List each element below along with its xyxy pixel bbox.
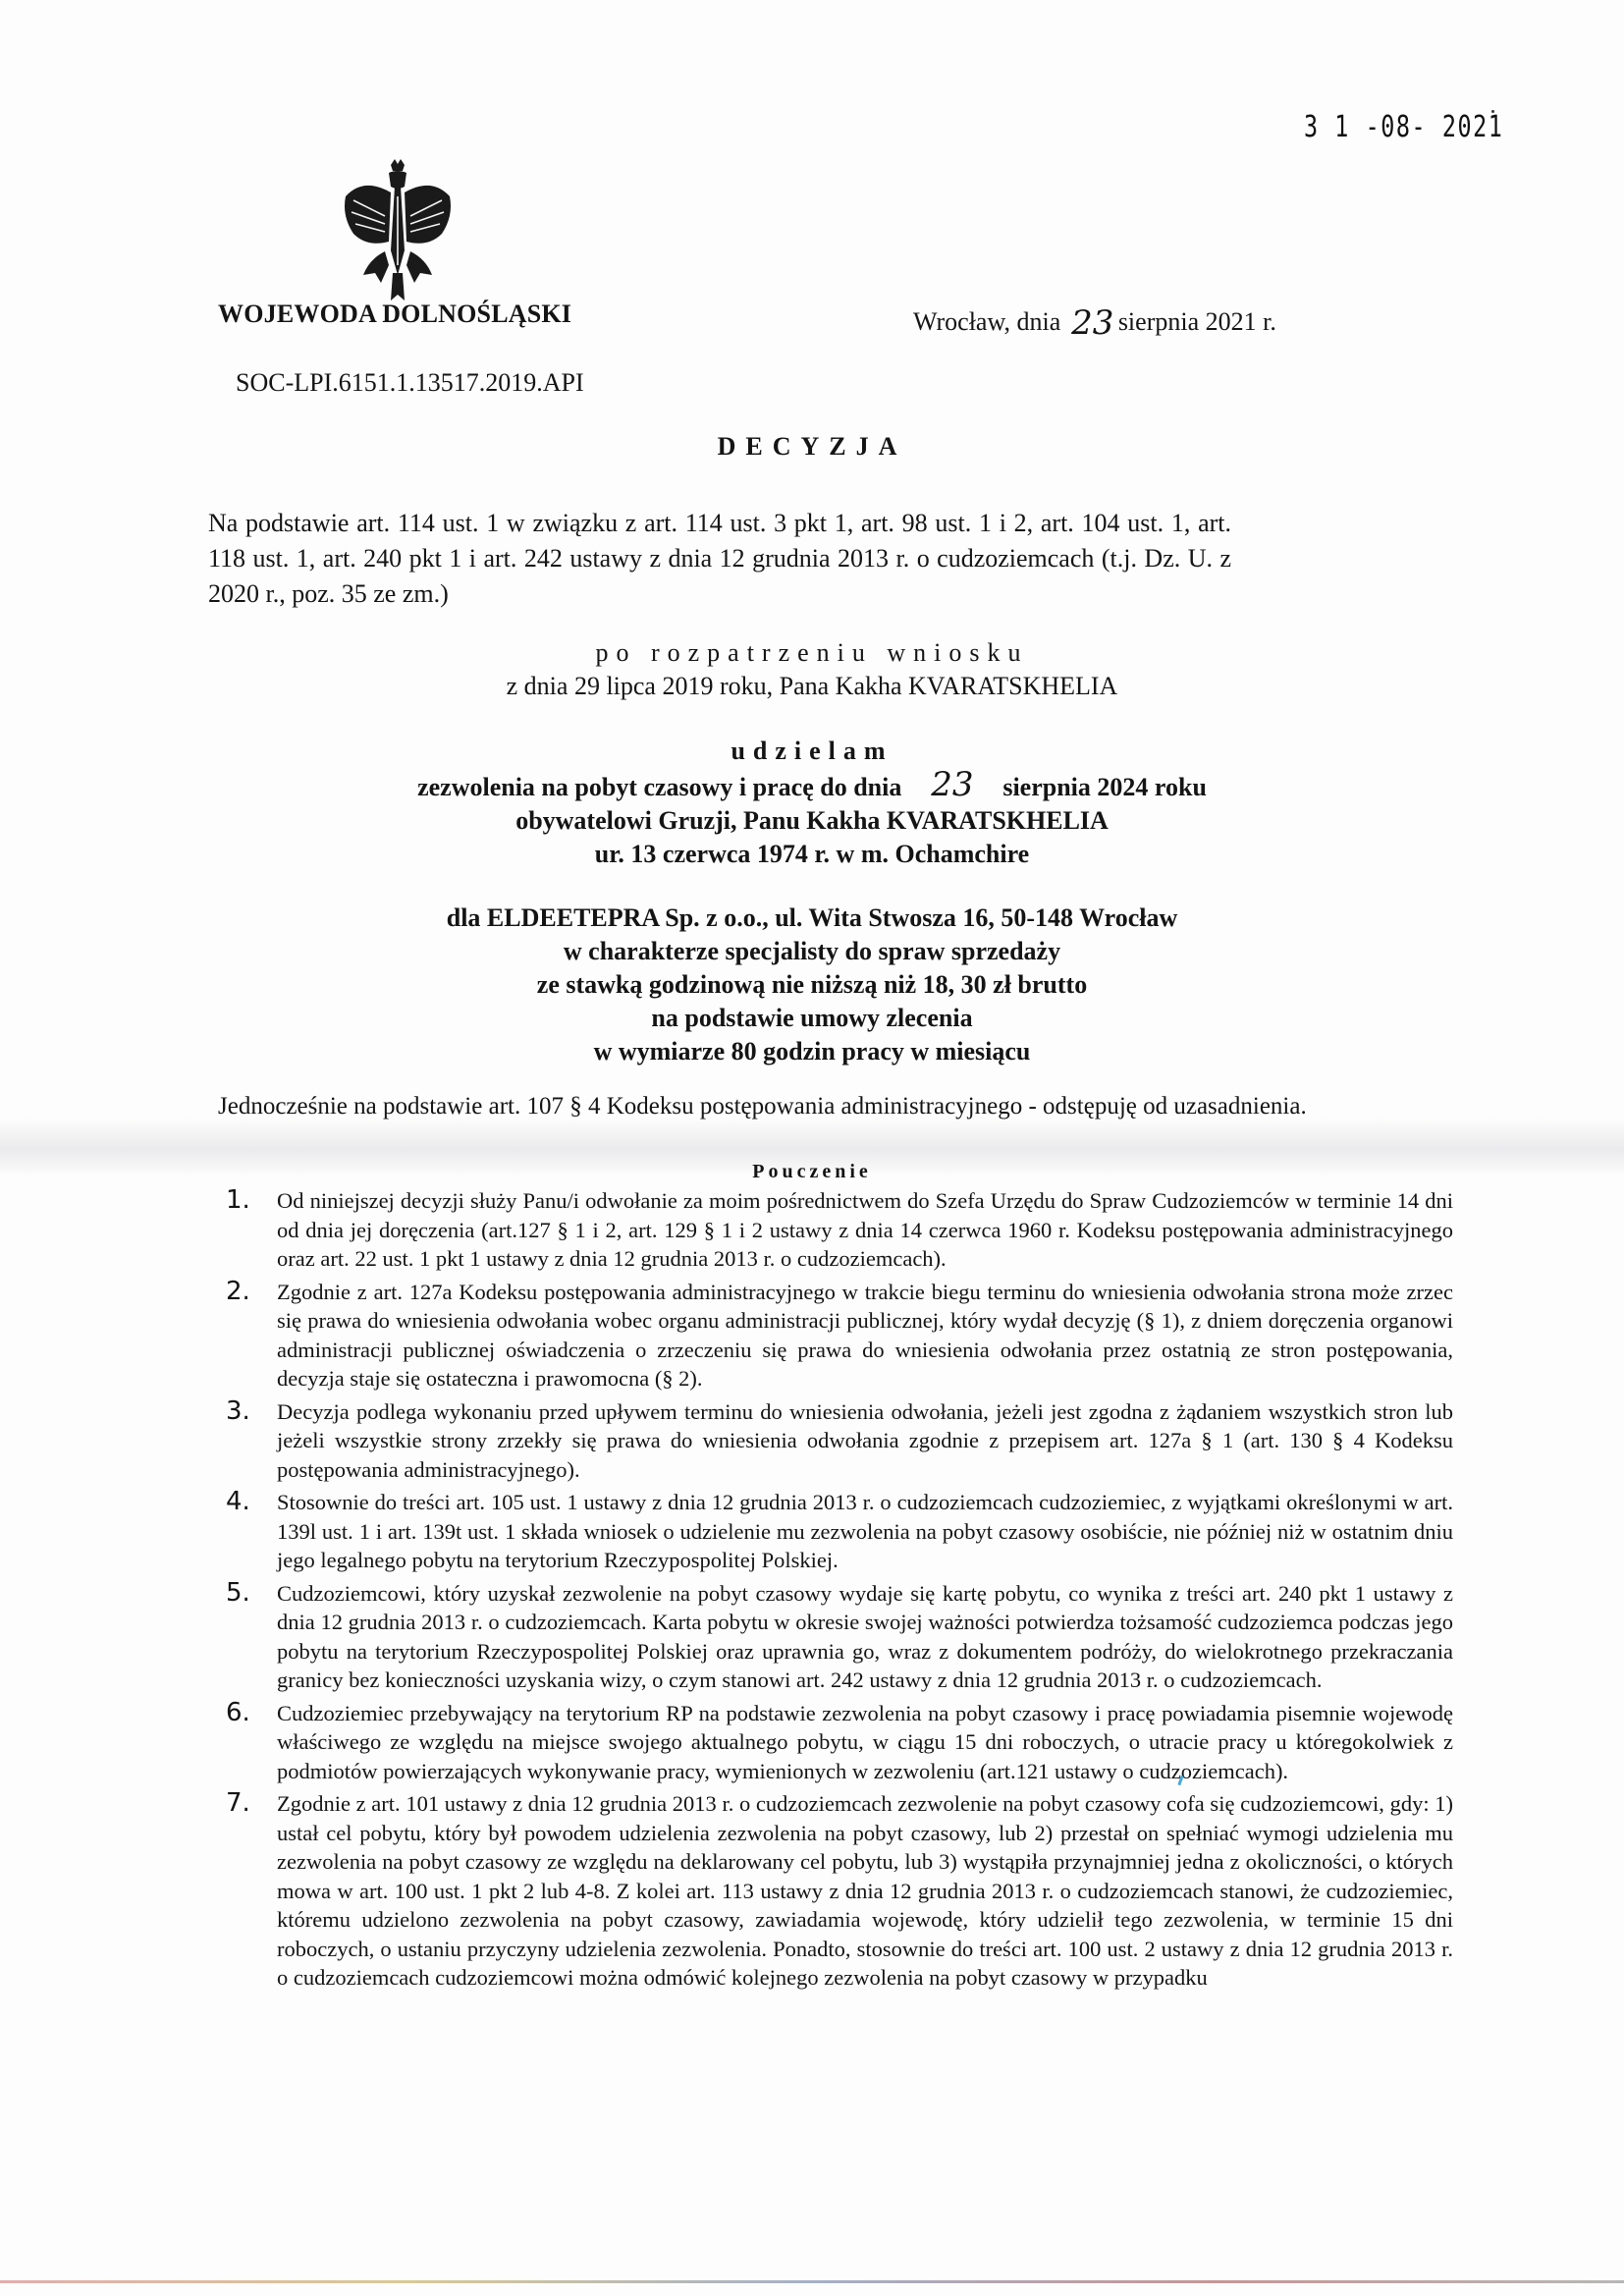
legal-basis-paragraph: Na podstawie art. 114 ust. 1 w związku z… (208, 506, 1231, 612)
permit-prefix: zezwolenia na pobyt czasowy i pracę do d… (417, 773, 901, 801)
permit-suffix: sierpnia 2024 roku (1002, 773, 1207, 801)
item-number: 1. (226, 1186, 277, 1274)
list-item: 2. Zgodnie z art. 127a Kodeksu postępowa… (226, 1278, 1453, 1394)
list-item: 1. Od niniejszej decyzji służy Panu/i od… (226, 1186, 1453, 1274)
received-date-stamp: 3 1 -08- 2021 (1304, 110, 1503, 144)
polish-eagle-emblem-icon (334, 157, 461, 304)
permit-line: zezwolenia na pobyt czasowy i pracę do d… (0, 768, 1624, 804)
item-number: 4. (226, 1488, 277, 1575)
review-block: po rozpatrzeniu wniosku z dnia 29 lipca … (0, 636, 1624, 703)
review-line-1: po rozpatrzeniu wniosku (0, 636, 1624, 670)
item-text: Zgodnie z art. 101 ustawy z dnia 12 grud… (277, 1789, 1453, 1993)
list-item: 3. Decyzja podlega wykonaniu przed upływ… (226, 1397, 1453, 1485)
item-number: 5. (226, 1579, 277, 1695)
employer-line-5: w wymiarze 80 godzin pracy w miesiącu (0, 1035, 1624, 1068)
list-item: 4. Stosownie do treści art. 105 ust. 1 u… (226, 1488, 1453, 1575)
handwritten-expiry-day: 23 (908, 768, 997, 801)
list-item: 6. Cudzoziemiec przebywający na terytori… (226, 1699, 1453, 1786)
issuing-authority: WOJEWODA DOLNOŚLĄSKI (218, 300, 571, 329)
list-item: 5. Cudzoziemcowi, który uzyskał zezwolen… (226, 1579, 1453, 1695)
grant-verb: udzielam (0, 735, 1624, 768)
place-and-date: Wrocław, dnia 23sierpnia 2021 r. (913, 300, 1276, 339)
case-reference-number: SOC-LPI.6151.1.13517.2019.API (236, 368, 584, 398)
item-text: Cudzoziemcowi, który uzyskał zezwolenie … (277, 1579, 1453, 1695)
citizen-line: obywatelowi Gruzji, Panu Kakha KVARATSKH… (0, 804, 1624, 838)
instructions-list: 1. Od niniejszej decyzji służy Panu/i od… (226, 1186, 1453, 1996)
employer-line-4: na podstawie umowy zlecenia (0, 1002, 1624, 1035)
employer-line-1: dla ELDEETEPRA Sp. z o.o., ul. Wita Stwo… (0, 902, 1624, 935)
employer-line-2: w charakterze specjalisty do spraw sprze… (0, 935, 1624, 968)
employer-line-3: ze stawką godzinową nie niższą niż 18, 3… (0, 968, 1624, 1002)
item-text: Decyzja podlega wykonaniu przed upływem … (277, 1397, 1453, 1485)
birth-line: ur. 13 czerwca 1974 r. w m. Ochamchire (0, 838, 1624, 871)
list-item: 7. Zgodnie z art. 101 ustawy z dnia 12 g… (226, 1789, 1453, 1993)
item-number: 3. (226, 1397, 277, 1485)
item-number: 6. (226, 1699, 277, 1786)
item-text: Od niniejszej decyzji służy Panu/i odwoł… (277, 1186, 1453, 1274)
item-number: 2. (226, 1278, 277, 1394)
employer-block: dla ELDEETEPRA Sp. z o.o., ul. Wita Stwo… (0, 902, 1624, 1068)
document-title: DECYZJA (0, 432, 1624, 462)
review-line-2: z dnia 29 lipca 2019 roku, Pana Kakha KV… (0, 670, 1624, 703)
item-text: Cudzoziemiec przebywający na terytorium … (277, 1699, 1453, 1786)
place-suffix: sierpnia 2021 r. (1118, 307, 1276, 336)
justification-waiver: Jednocześnie na podstawie art. 107 § 4 K… (218, 1093, 1307, 1121)
page-bottom-edge (0, 2280, 1624, 2283)
instructions-title: Pouczenie (0, 1161, 1624, 1183)
item-text: Stosownie do treści art. 105 ust. 1 usta… (277, 1488, 1453, 1575)
item-text: Zgodnie z art. 127a Kodeksu postępowania… (277, 1278, 1453, 1394)
place-prefix: Wrocław, dnia (913, 307, 1060, 336)
grant-block: udzielam zezwolenia na pobyt czasowy i p… (0, 735, 1624, 871)
document-page: 3 1 -08- 2021 WOJEWODA DOLNOŚLĄSKI Wrocł… (0, 0, 1624, 2296)
ink-speck (1491, 110, 1494, 113)
item-number: 7. (226, 1789, 277, 1993)
handwritten-day: 23 (1067, 303, 1118, 343)
